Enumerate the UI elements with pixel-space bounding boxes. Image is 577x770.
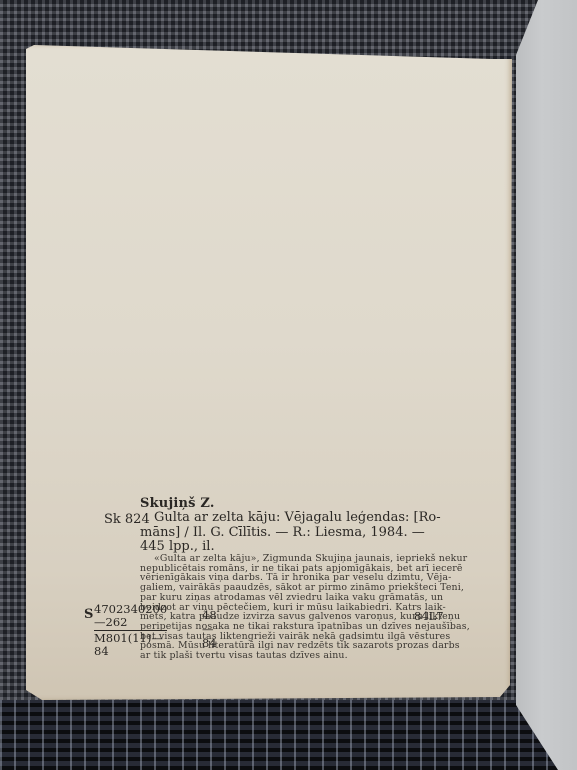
entry-line: māns] / Il. G. Cīlītis. — R.: Liesma, 19… (140, 526, 502, 541)
author-heading: Skujiņš Z. (140, 496, 215, 511)
code-denominator: M801(11)—84 (94, 631, 167, 658)
code-prefix: S (84, 607, 93, 622)
code-tail: 48—84 (202, 608, 217, 650)
bibliographic-entry: Gulta ar zelta kāju: Vējagalu leģendas: … (140, 511, 502, 555)
annotation-paragraph: «Gulta ar zelta kāju», Zigmunda Skujiņa … (140, 554, 502, 661)
code-numerator: 4702340200—262 (94, 603, 167, 631)
annotation-line: ar tik plaši tvertu visas tautas dzīves … (140, 651, 502, 661)
code-fraction: 4702340200—262 M801(11)—84 (94, 603, 167, 658)
book-cover-edge (510, 0, 577, 770)
fabric-background (0, 700, 577, 770)
code-right: 84L7 (414, 609, 444, 623)
entry-line: Gulta ar zelta kāju: Vējagalu leģendas: … (140, 511, 502, 526)
